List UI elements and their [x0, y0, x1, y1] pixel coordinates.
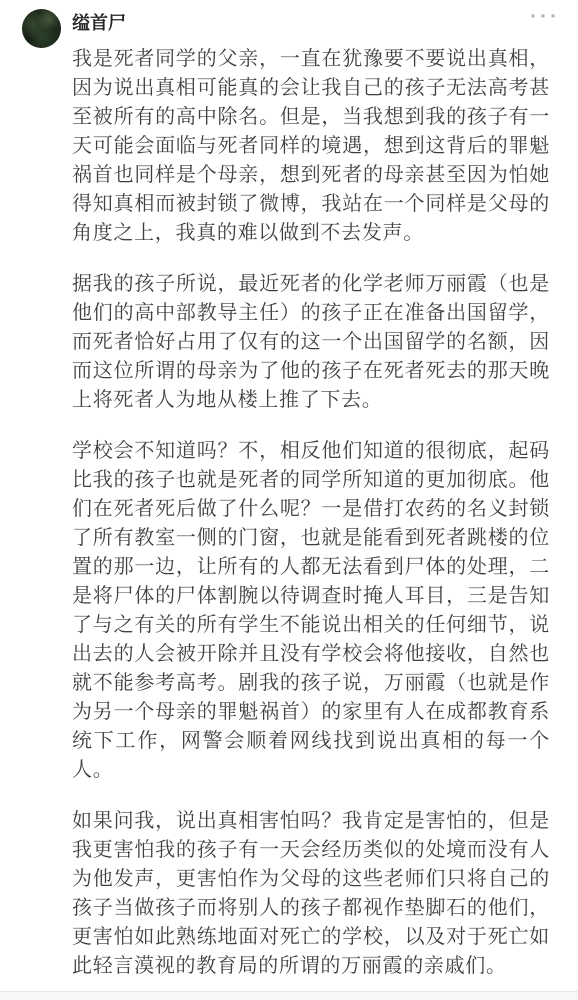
post-paragraph-2: 据我的孩子所说，最近死者的化学老师万丽霞（也是他们的高中部教导主任）的孩子正在准…: [72, 270, 550, 415]
post-paragraph-4: 如果问我，说出真相害怕吗？我肯定是害怕的，但是我更害怕我的孩子有一天会经历类似的…: [72, 807, 550, 981]
post-body: 我是死者同学的父亲，一直在犹豫要不要说出真相，因为说出真相可能真的会让我自己的孩…: [72, 45, 550, 981]
post-paragraph-3: 学校会不知道吗？不，相反他们知道的很彻底，起码比我的孩子也就是死者的同学所知道的…: [72, 437, 550, 785]
avatar-image: [22, 9, 61, 48]
avatar[interactable]: [22, 9, 61, 48]
more-options-icon[interactable]: ···: [530, 5, 560, 29]
post-paragraph-1: 我是死者同学的父亲，一直在犹豫要不要说出真相，因为说出真相可能真的会让我自己的孩…: [72, 45, 550, 248]
username[interactable]: 缢首尸: [72, 12, 126, 34]
section-divider: [0, 991, 578, 1000]
post-card: 缢首尸 ··· 我是死者同学的父亲，一直在犹豫要不要说出真相，因为说出真相可能真…: [0, 0, 578, 1000]
